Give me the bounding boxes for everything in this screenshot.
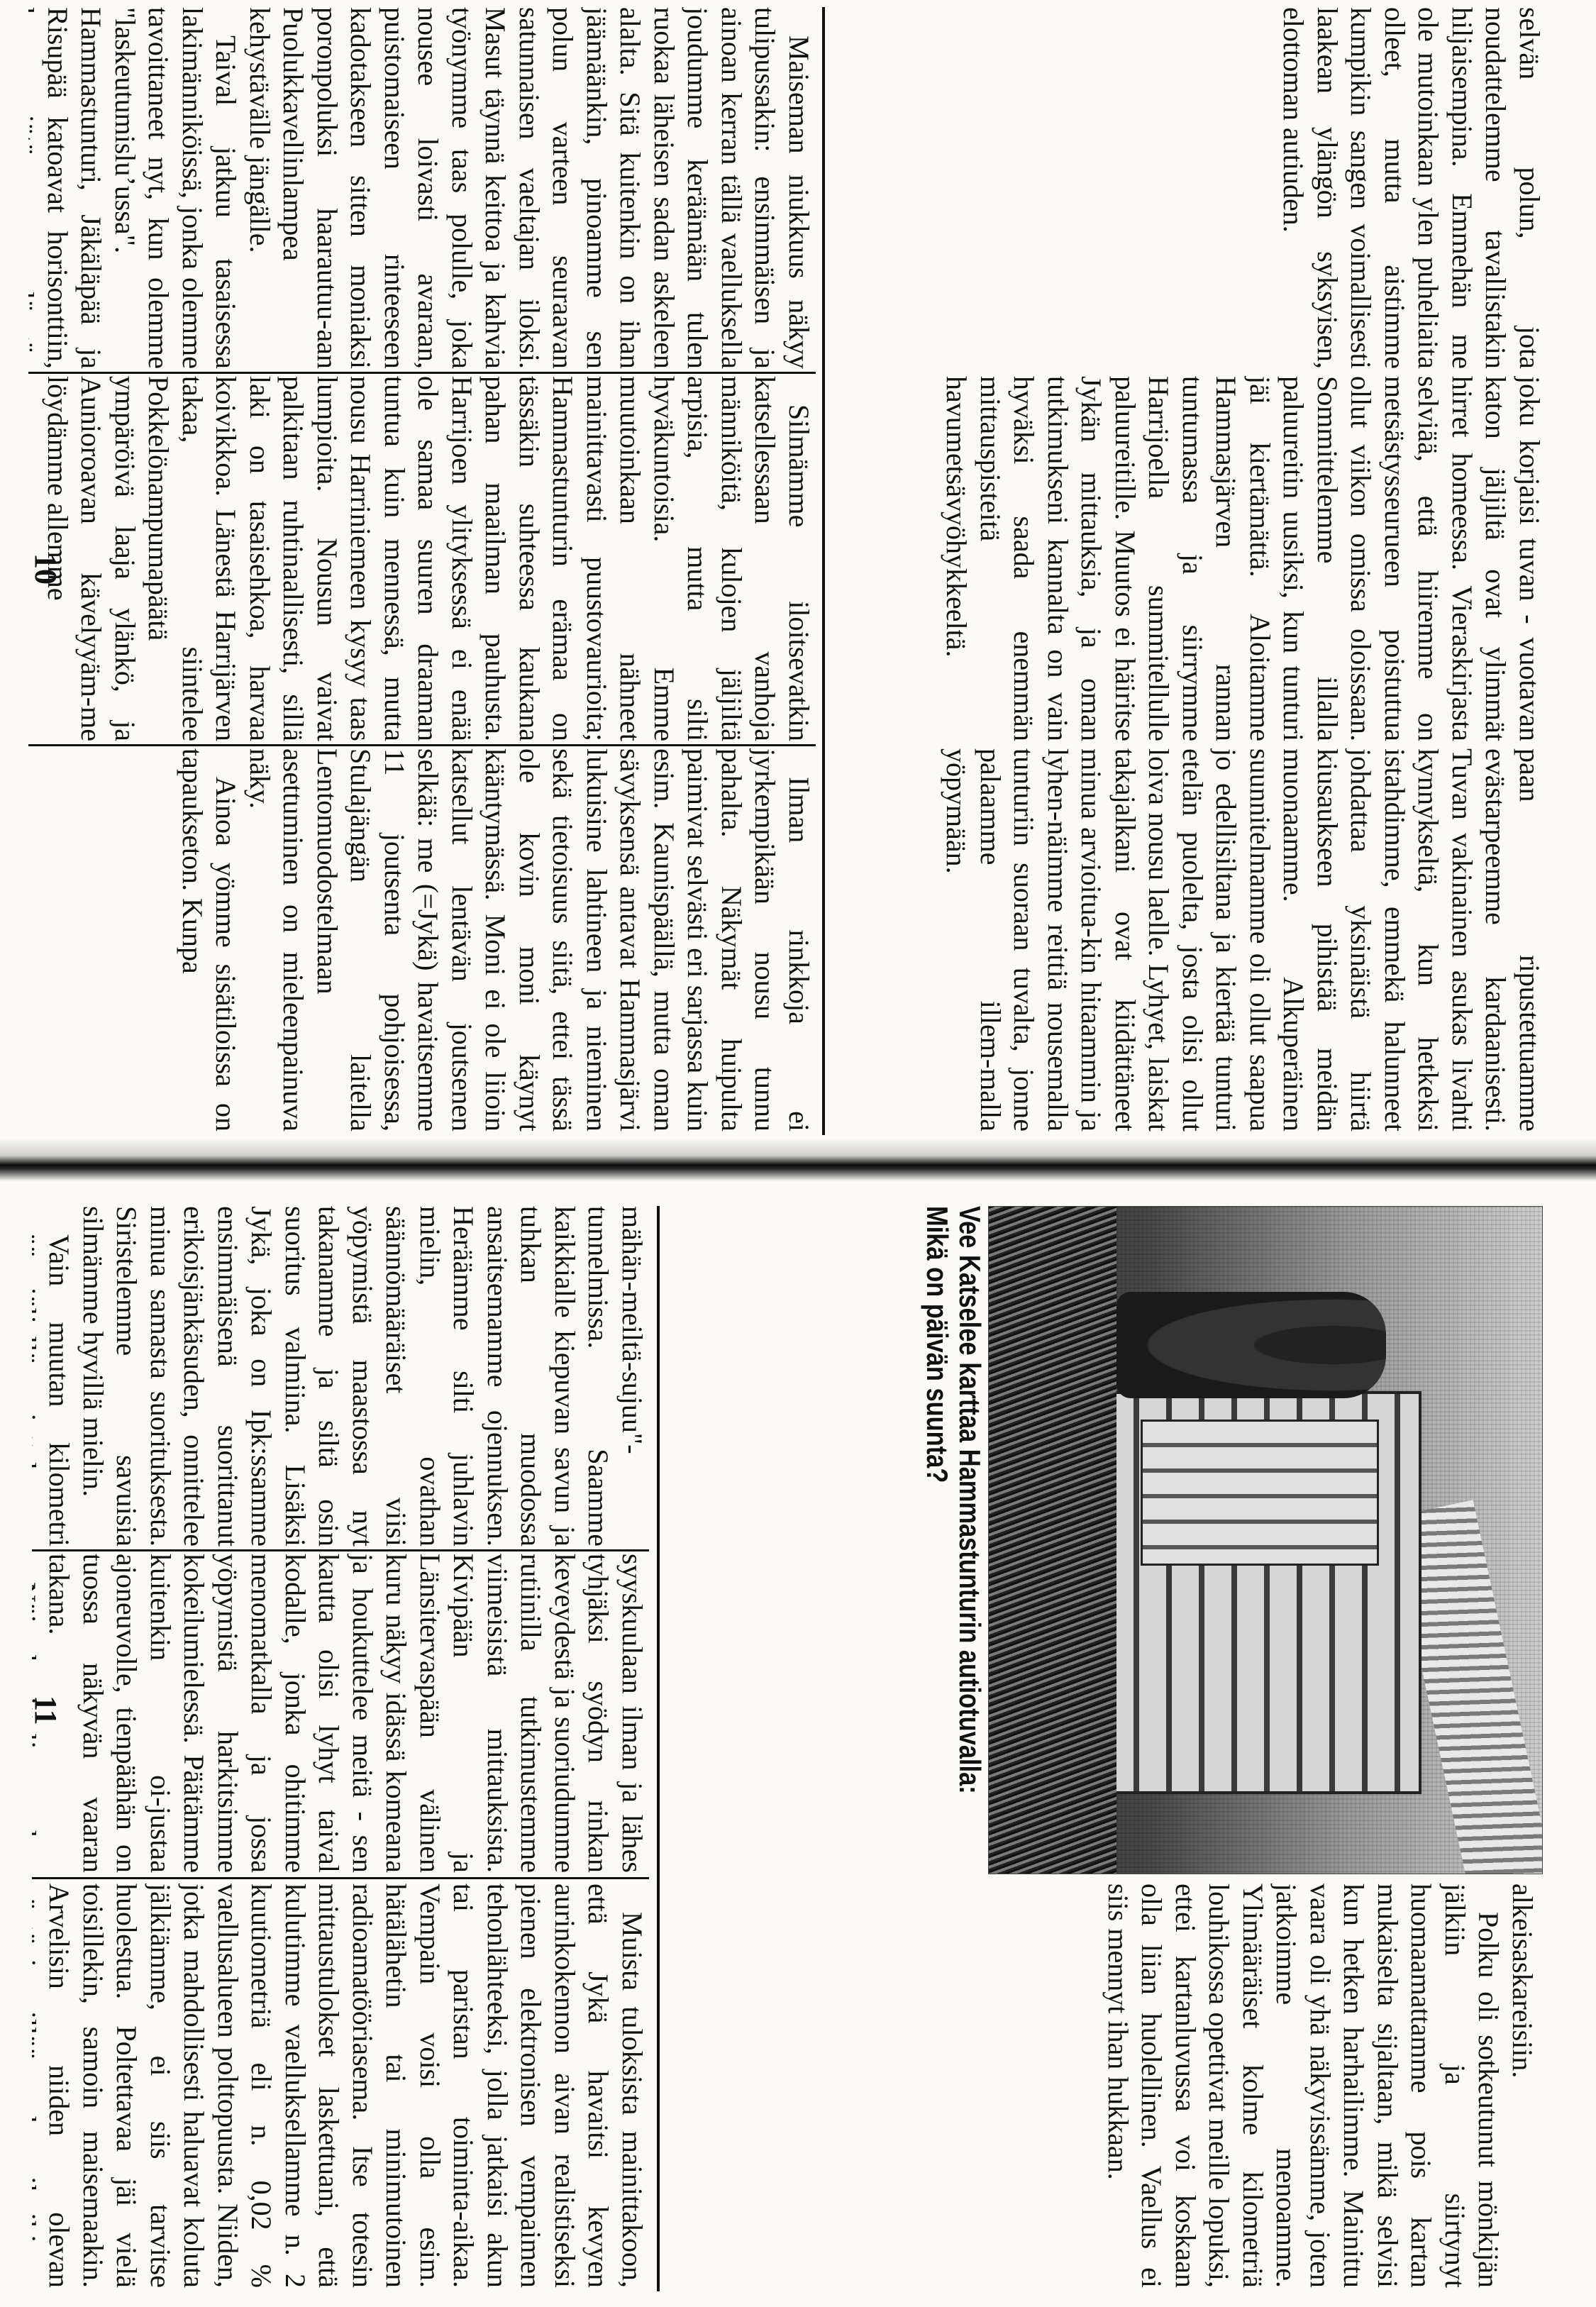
paragraph: syyskuulaan ilman ja lähes tyhjäksi syöd… (43, 1554, 649, 1873)
page10-bottom-col2: Silmämme iloitsevatkin katsellessaan van… (28, 376, 816, 741)
column-rule (32, 1877, 649, 1879)
page11-bottom-col1: mähän-meiltä-sujuu"-tunnelmissa. Saamme … (32, 1206, 649, 1547)
paragraph: Polku oli sotkeutunut mönkijän jälkiin j… (1102, 1883, 1506, 2288)
cabin-door (1141, 1420, 1379, 1566)
column-divider (822, 7, 825, 1135)
column-divider (657, 1206, 660, 2291)
page10-bottom-col3: Maiseman niukkuus näkyy tulipussakin: en… (28, 7, 816, 369)
column-rule (28, 372, 816, 374)
person-figure (1116, 1292, 1386, 1398)
page10-top-col3: selvän polun, jota noudattelemme tavalli… (830, 7, 1546, 369)
magazine-spread: paan ripustettuamme evästarpeemme kardaa… (0, 0, 1596, 2307)
paragraph: Silmämme iloitsevatkin katsellessaan van… (41, 376, 816, 741)
paragraph: paan ripustettuamme evästarpeemme kardaa… (940, 748, 1546, 1132)
page11-side-col: alkeisaskareisiin. Polku oli sotkeutunut… (660, 1883, 1539, 2288)
paragraph: Vain muutan kilometri enää jäljellä, aja… (32, 1206, 77, 1547)
paragraph: joku korjaisi tuvan - vuotavan katon jäl… (940, 376, 1546, 741)
page11-bottom-col2: syyskuulaan ilman ja lähes tyhjäksi syöd… (32, 1554, 649, 1873)
page11-bottom-col3: Muista tuloksista mainittakoon, että Jyk… (32, 1883, 649, 2288)
page-number: 10 (28, 553, 64, 585)
page-number: 11 (28, 1695, 64, 1725)
photo-caption: Vee Katselee karttaa Hammastunturin auti… (921, 1206, 986, 1753)
page10-top-col1: paan ripustettuamme evästarpeemme kardaa… (830, 748, 1546, 1132)
column-rule (28, 744, 816, 746)
grass (989, 1207, 1116, 1874)
page10-bottom-col1: Ilman rinkkoja ei jyrkempikään nousu tun… (28, 748, 816, 1132)
paragraph: Maiseman niukkuus näkyy tulipussakin: en… (243, 7, 816, 369)
cabin-photo (988, 1206, 1543, 1874)
paragraph: selvän polun, jota noudattelemme tavalli… (1277, 7, 1546, 369)
paragraph: mähän-meiltä-sujuu"-tunnelmissa. Saamme … (77, 1206, 650, 1547)
paragraph: Ilman rinkkoja ei jyrkempikään nousu tun… (243, 748, 816, 1132)
paragraph: Taival jatkuu tasaisessa lakimänniköissä… (28, 7, 243, 369)
paragraph: Ainoa yömme sisätiloissa on tapaukseton.… (176, 748, 243, 1132)
caption-line1: Vee Katselee karttaa Hammastunturin auti… (953, 1206, 986, 1753)
center-fold (0, 1139, 1596, 1181)
caption-line2: Mikä on päivän suunta? (921, 1206, 953, 1753)
paragraph: alkeisaskareisiin. (1506, 1883, 1540, 2288)
page10-top-col2: joku korjaisi tuvan - vuotavan katon jäl… (830, 376, 1546, 741)
column-rule (32, 1549, 649, 1551)
paragraph: Muista tuloksista mainittakoon, että Jyk… (32, 1883, 649, 2288)
